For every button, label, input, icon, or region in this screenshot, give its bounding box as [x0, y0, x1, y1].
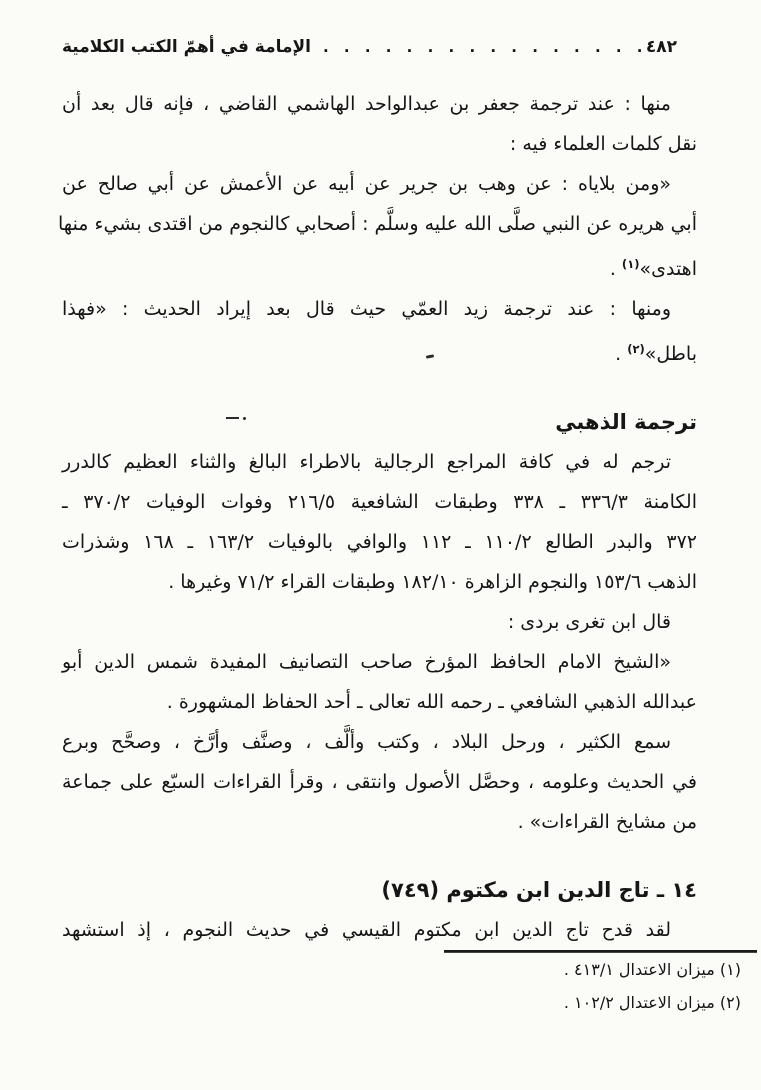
paragraph-quote-hadith: «ومن بلاياه : عن وهب بن جرير عن أبيه عن …: [62, 164, 697, 289]
text-line: اهتدى»(١) .: [62, 244, 697, 289]
footnote-1: (١) ميزان الاعتدال ٤١٣/١ .: [443, 953, 757, 986]
text-line: الذهب ١٥٣/٦ والنجوم الزاهرة ١٨٢/١٠ وطبقا…: [62, 562, 697, 602]
text-line: أبي هريره عن النبي صلَّى الله عليه وسلَّ…: [62, 204, 697, 244]
running-title: الإمامة في أهمّ الكتب الكلامية: [62, 28, 311, 66]
text-line: سمع الكثير ، ورحل البلاد ، وكتب وألَّف ،…: [62, 722, 697, 762]
text-line: منها : عند ترجمة جعفر بن عبدالواحد الهاش…: [62, 84, 697, 124]
period: .: [610, 258, 622, 280]
quote-end: اهتدى»: [639, 258, 697, 280]
text-line: باطل»(٢) .: [62, 329, 697, 374]
footnote-section: (١) ميزان الاعتدال ٤١٣/١ . (٢) ميزان الا…: [443, 950, 757, 1019]
dot-leader: . . . . . . . . . . . . . . . . . . . . …: [311, 28, 646, 66]
text-line: «ومن بلاياه : عن وهب بن جرير عن أبيه عن …: [62, 164, 697, 204]
text-line: لقد قدح تاج الدين ابن مكتوم القيسي في حد…: [62, 910, 697, 950]
text-line: في الحديث وعلومه ، وحصَّل الأصول وانتقى …: [62, 762, 697, 802]
scan-artifact: [226, 417, 239, 419]
book-page: ٤٨٢ . . . . . . . . . . . . . . . . . . …: [0, 0, 761, 1090]
footnote-ref-1: (١): [622, 257, 640, 271]
period: .: [615, 343, 627, 365]
text-line: عبدالله الذهبي الشافعي ـ رحمه الله تعالى…: [62, 682, 697, 722]
text-line: ومنها : عند ترجمة زيد العمّي حيث قال بعد…: [62, 289, 697, 329]
page-header: ٤٨٢ . . . . . . . . . . . . . . . . . . …: [62, 28, 697, 66]
text-line: الكامنة ٣٣٦/٣ ـ ٣٣٨ وطبقات الشافعية ٢١٦/…: [62, 482, 697, 522]
paragraph-ibn-maktum: لقد قدح تاج الدين ابن مكتوم القيسي في حد…: [62, 910, 697, 950]
paragraph-samia-kathir: سمع الكثير ، ورحل البلاد ، وكتب وألَّف ،…: [62, 722, 697, 842]
paragraph-intro: منها : عند ترجمة جعفر بن عبدالواحد الهاش…: [62, 84, 697, 164]
quote-end: باطل»: [645, 343, 697, 365]
page-number: ٤٨٢: [646, 28, 677, 66]
text-line: «الشيخ الامام الحافظ المؤرخ صاحب التصاني…: [62, 642, 697, 682]
footnote-2: (٢) ميزان الاعتدال ١٠٢/٢ .: [443, 986, 757, 1019]
text-line: ترجم له في كافة المراجع الرجالية بالاطرا…: [62, 442, 697, 482]
paragraph-zayd: ومنها : عند ترجمة زيد العمّي حيث قال بعد…: [62, 289, 697, 374]
scan-artifact: [243, 417, 246, 420]
text-line: نقل كلمات العلماء فيه :: [62, 124, 697, 164]
paragraph-shaykh-quote: «الشيخ الامام الحافظ المؤرخ صاحب التصاني…: [62, 642, 697, 722]
scan-artifact: [354, 549, 357, 552]
text-line: من مشايخ القراءات» .: [62, 802, 697, 842]
footnote-ref-2: (٢): [627, 342, 645, 356]
section-heading-ibn-maktum: ١٤ ـ تاج الدين ابن مكتوم (٧٤٩): [62, 870, 697, 910]
text-line: قال ابن تغرى بردى :: [62, 602, 697, 642]
paragraph-references: ترجم له في كافة المراجع الرجالية بالاطرا…: [62, 442, 697, 602]
paragraph-qala-ibn-taghri: قال ابن تغرى بردى :: [62, 602, 697, 642]
section-heading-tarjama-dhahabi: ترجمة الذهبي: [62, 402, 697, 442]
text-line: ٣٧٢ والبدر الطالع ١١٠/٢ ـ ١١٢ والوافي با…: [62, 522, 697, 562]
